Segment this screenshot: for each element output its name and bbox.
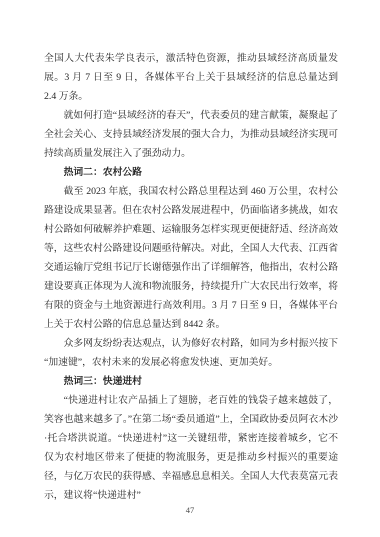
document-page: 全国人大代表朱学良表示，激活特色资源，推动县域经济高质量发展。3 月 7 日至 … (0, 0, 380, 537)
page-body: 全国人大代表朱学良表示，激活特色资源，推动县域经济高质量发展。3 月 7 日至 … (44, 49, 338, 505)
page-number: 47 (0, 505, 380, 515)
paragraph: “快递进村让农产品插上了翅膀，老百姓的钱袋子越来越鼓了，笑容也越来越多了。”在第… (44, 391, 338, 505)
paragraph: 众多网友纷纷表达观点，认为修好农村路，如同为乡村振兴按下“加速键”，农村未来的发… (44, 334, 338, 372)
paragraph: 全国人大代表朱学良表示，激活特色资源，推动县域经济高质量发展。3 月 7 日至 … (44, 49, 338, 106)
paragraph: 就如何打造“县域经济的春天”，代表委员的建言献策，凝聚起了全社会关心、支持县域经… (44, 106, 338, 163)
section-heading: 热词三：快递进村 (44, 372, 338, 391)
section-heading: 热词二：农村公路 (44, 163, 338, 182)
paragraph: 截至 2023 年底，我国农村公路总里程达到 460 万公里，农村公路建设成果显… (44, 182, 338, 334)
